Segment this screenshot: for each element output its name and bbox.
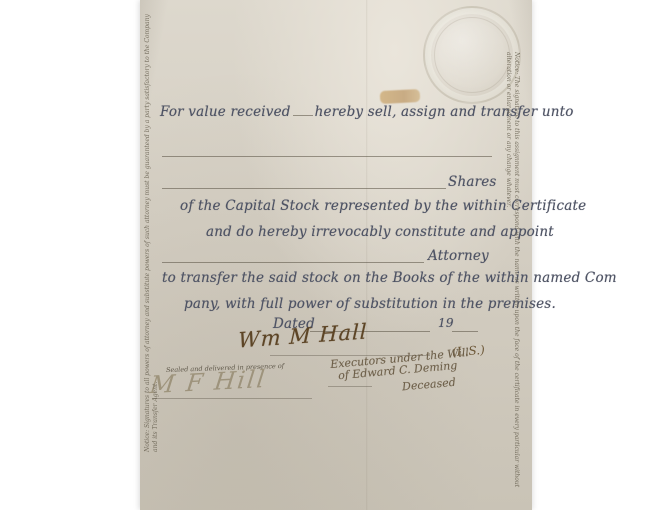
paper-crease: [366, 0, 368, 510]
shares-label: Shares: [448, 174, 497, 190]
photo-background: For value received hereby sell, assign a…: [0, 0, 672, 510]
witness-signature: M F Hill: [148, 365, 268, 399]
line-constitute: and do hereby irrevocably constitute and…: [206, 224, 554, 240]
line-premises: pany, with full power of substitution in…: [184, 296, 556, 312]
executor-underline: [328, 386, 372, 387]
line1-prefix: For value received: [160, 104, 291, 120]
line-transfer: to transfer the said stock on the Books …: [162, 270, 617, 286]
year-blank-line: [452, 331, 478, 332]
executor-note-line3: Deceased: [402, 376, 457, 394]
signature-wm-m-hall: Wm M Hall: [238, 319, 368, 352]
year-prefix: 19: [438, 316, 454, 330]
transferee-blank-line-1: [162, 156, 492, 157]
right-margin-notice: Notice: The signature to this assignment…: [505, 52, 520, 492]
blank-fill-line: [293, 105, 313, 116]
gold-seal-remnant: [380, 89, 421, 104]
witness-line: [152, 398, 312, 399]
certificate-paper: For value received hereby sell, assign a…: [140, 0, 532, 510]
attorney-blank-line: [162, 262, 424, 263]
shares-blank-line: [162, 188, 446, 189]
embossed-seal-inner-ring: [434, 17, 510, 93]
left-margin-notice: Notice: Signatures to all powers of atto…: [144, 12, 159, 452]
line-capital-stock: of the Capital Stock represented by the …: [180, 198, 586, 214]
line1-suffix: hereby sell, assign and transfer unto: [315, 104, 574, 120]
attorney-label: Attorney: [428, 248, 489, 264]
